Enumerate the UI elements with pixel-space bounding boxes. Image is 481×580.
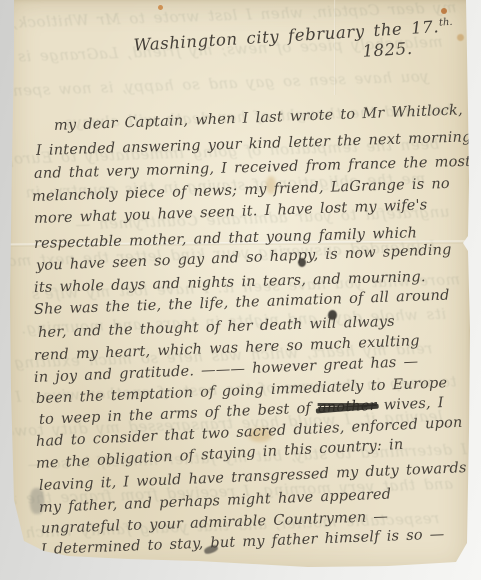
struck-out-word: another <box>318 398 377 416</box>
dateline-superscript: th. <box>439 17 453 29</box>
dateline: Washington city february the 17.th. 1825… <box>133 16 454 74</box>
handwriting-layer: Washington city february the 17.th. 1825… <box>8 0 470 574</box>
letter-text: my dear Captain, when I last wrote to Mr… <box>54 102 463 134</box>
letter-line: my dear Captain, when I last wrote to Mr… <box>54 102 463 134</box>
letter-page: my dear Captain, when I last wrote to Mr… <box>8 0 470 574</box>
scan-background: my dear Captain, when I last wrote to Mr… <box>0 0 481 580</box>
letter-text: wives, I <box>376 395 444 414</box>
